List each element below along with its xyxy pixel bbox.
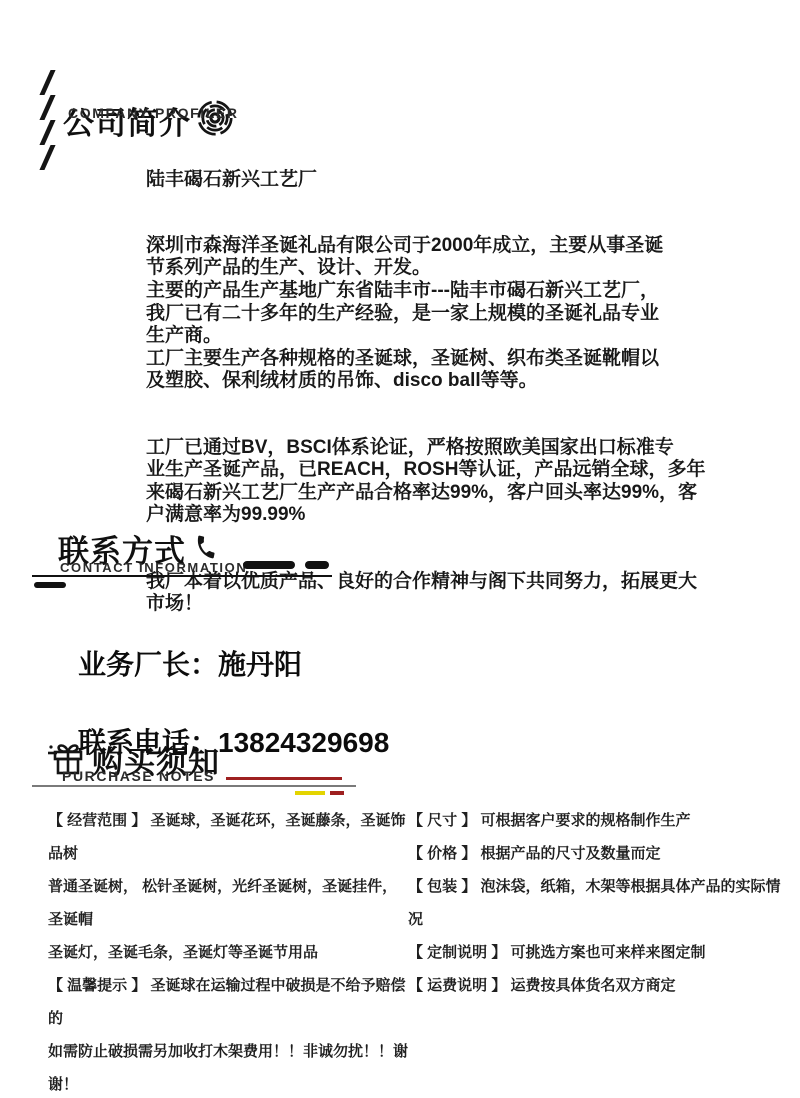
purchase-notes-left-column: 【 经营范围 】 圣诞球，圣诞花环，圣诞藤条，圣诞饰品树 普通圣诞树， 松针圣诞… bbox=[48, 804, 408, 1098]
contact-subtitle: CONTACT INFORMATION bbox=[60, 560, 247, 575]
company-profile-text: 陆丰碣石新兴工艺厂 深圳市森海洋圣诞礼品有限公司于2000年成立，主要从事圣诞 … bbox=[146, 146, 706, 659]
slashes-icon bbox=[45, 70, 54, 170]
contact-decor-dash-below bbox=[34, 582, 66, 588]
purchase-notes-right-column: 【 尺寸 】 可根据客户要求的规格制作生产 【 价格 】 根据产品的尺寸及数量而… bbox=[408, 804, 788, 1002]
contact-manager-line: 业务厂长：施丹阳 bbox=[78, 645, 389, 684]
company-profile-subtitle: COMPANY PROFILER bbox=[68, 105, 239, 121]
page: 公司简介 COMPANY PROFILER 陆丰碣石新兴工艺厂 深圳市森海洋圣诞… bbox=[0, 0, 800, 1098]
profile-paragraph-1: 深圳市森海洋圣诞礼品有限公司于2000年成立，主要从事圣诞 节系列产品的生产、设… bbox=[146, 235, 706, 393]
profile-paragraph-2: 工厂已通过BV，BSCI体系论证，严格按照欧美国家出口标准专 业生产圣诞产品，已… bbox=[146, 437, 706, 527]
purchase-notes-subtitle: PURCHASE NOTES bbox=[62, 768, 215, 784]
notes-decor-red-line bbox=[226, 777, 342, 780]
notes-underline bbox=[32, 785, 356, 787]
notes-decor-yellow-dash bbox=[295, 791, 325, 795]
factory-name: 陆丰碣石新兴工艺厂 bbox=[146, 169, 706, 192]
contact-decor-dash-short bbox=[305, 561, 329, 569]
contact-decor-dash-long bbox=[243, 561, 295, 569]
notes-decor-red-dash bbox=[330, 791, 344, 795]
contact-underline bbox=[32, 575, 332, 577]
